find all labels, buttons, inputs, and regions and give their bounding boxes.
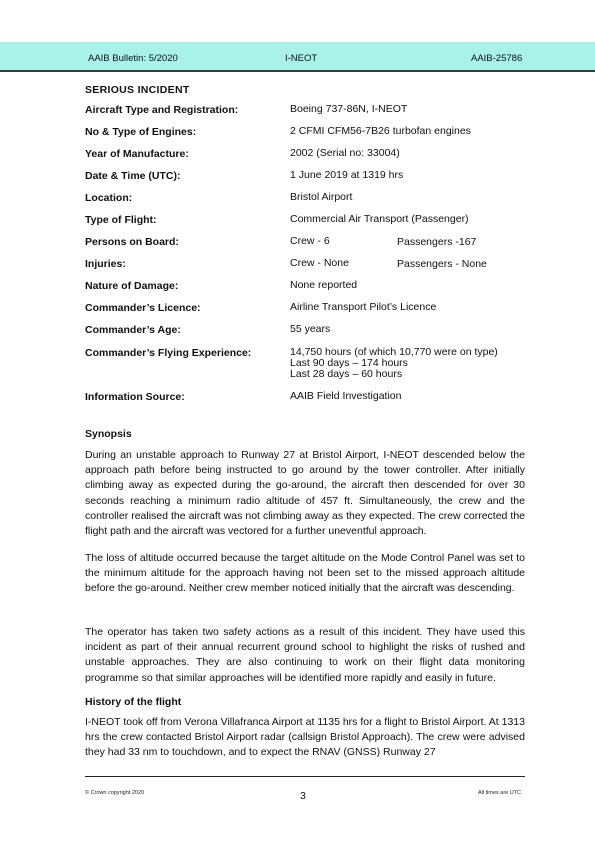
synopsis-paragraph: During an unstable approach to Runway 27… [85, 448, 525, 539]
fact-value: 1 June 2019 at 1319 hrs [290, 170, 403, 181]
fact-value: Commercial Air Transport (Passenger) [290, 214, 469, 225]
footer-divider [85, 776, 525, 777]
fact-value: AAIB Field Investigation [290, 391, 401, 402]
bulletin-number: AAIB Bulletin: 5/2020 [88, 53, 178, 64]
fact-value-secondary: Passengers - None [397, 258, 487, 270]
page-number: 3 [300, 790, 306, 802]
header-band: AAIB Bulletin: 5/2020 I-NEOT AAIB-25786 [0, 42, 595, 72]
fact-label: Nature of Damage: [85, 280, 178, 292]
page-title: SERIOUS INCIDENT [85, 84, 190, 96]
fact-label: Date & Time (UTC): [85, 170, 180, 182]
fact-label: Location: [85, 192, 132, 204]
fact-value: Bristol Airport [290, 192, 352, 203]
fact-label: Information Source: [85, 391, 185, 403]
fact-label: Type of Flight: [85, 214, 157, 226]
fact-value-secondary: Passengers -167 [397, 236, 476, 248]
fact-value: Crew - None [290, 258, 349, 269]
fact-label: Commander’s Flying Experience: [85, 347, 251, 359]
fact-label: Injuries: [85, 258, 126, 270]
fact-label: Persons on Board: [85, 236, 179, 248]
fact-value: Boeing 737-86N, I-NEOT [290, 104, 407, 115]
fact-value: 2 CFMI CFM56-7B26 turbofan engines [290, 126, 471, 137]
times-note: All times are UTC [478, 790, 521, 796]
section-heading-history: History of the flight [85, 696, 181, 708]
synopsis-paragraph: The operator has taken two safety action… [85, 625, 525, 686]
fact-label: Commander’s Licence: [85, 302, 201, 314]
synopsis-paragraph: The loss of altitude occurred because th… [85, 551, 525, 597]
fact-label: Year of Manufacture: [85, 148, 189, 160]
report-reference: AAIB-25786 [471, 53, 522, 64]
aircraft-registration: I-NEOT [285, 53, 317, 64]
fact-label: Commander’s Age: [85, 324, 181, 336]
section-heading-synopsis: Synopsis [85, 428, 132, 440]
fact-label: Aircraft Type and Registration: [85, 104, 238, 116]
copyright-notice: © Crown copyright 2020 [85, 790, 144, 796]
fact-label: No & Type of Engines: [85, 126, 196, 138]
fact-value: 55 years [290, 324, 330, 335]
fact-value-line: Last 28 days – 60 hours [290, 369, 402, 380]
fact-value: None reported [290, 280, 357, 291]
fact-value: 2002 (Serial no: 33004) [290, 148, 400, 159]
history-paragraph: I-NEOT took off from Verona Villafranca … [85, 715, 525, 761]
fact-value: Crew - 6 [290, 236, 330, 247]
fact-value: Airline Transport Pilot’s Licence [290, 302, 436, 313]
